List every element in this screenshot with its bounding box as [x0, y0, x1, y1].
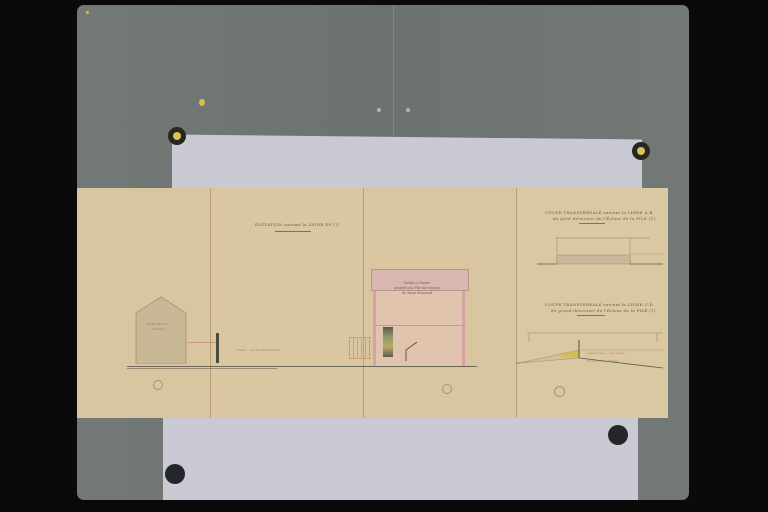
- elevation-ground-line-2: [127, 368, 277, 369]
- black-magnet: [608, 425, 628, 445]
- proposed-flour-mill: Moulin à Farine projeté à la Pile sur te…: [371, 269, 469, 367]
- yellow-fleck: [199, 99, 205, 106]
- old-mill-label: Ancien Moulin: [146, 322, 168, 326]
- title-underline: [579, 223, 605, 224]
- elevation-ground-line: [127, 366, 477, 367]
- fold-line: [210, 188, 211, 418]
- push-pin: [632, 142, 650, 160]
- mill-door: [383, 327, 393, 357]
- mill-label: Moulin à Farine projeté à la Pile sur te…: [381, 281, 453, 296]
- push-pin: [168, 127, 186, 145]
- mill-band: [373, 325, 465, 326]
- title-underline: [275, 231, 311, 232]
- archive-stamp: [554, 386, 565, 397]
- yellow-fleck: [86, 11, 89, 14]
- fold-line: [516, 188, 517, 418]
- section-cd-subtitle: du grand déversoir de l'Écluse de la PIL…: [551, 308, 656, 313]
- section-ab-title: COUPE TRANSVERSALE suivant la LIGNE A.B.: [545, 210, 654, 215]
- sluice-post: [216, 333, 219, 363]
- small-pin: [377, 108, 381, 112]
- red-annotation-line: [187, 342, 217, 343]
- old-mill-building: Ancien Moulin à Tenion: [134, 296, 188, 364]
- fold-line: [363, 188, 364, 418]
- old-mill-label-2: à Tenion: [152, 327, 165, 331]
- title-underline: [577, 315, 605, 316]
- wooden-railing: [349, 337, 371, 359]
- section-ab-subtitle: du petit déversoir de l'Écluse de la PIL…: [553, 216, 655, 221]
- canal-label: Canal ... du moulin de la Pile: [237, 348, 281, 352]
- riverbed-label: Fond du lit ... rivière: [587, 359, 618, 363]
- section-cd-title: COUPE TRANSVERSALE suivant la LIGNE C.D.: [545, 302, 654, 307]
- elevation-title: ÉLÉVATION suivant la LIGNE EF (1): [255, 222, 340, 227]
- water-line-label: Ligne d'eau ... moyenne ...: [587, 351, 627, 355]
- backing-paper-bottom: [163, 413, 638, 500]
- small-pin: [406, 108, 410, 112]
- black-magnet: [165, 464, 185, 484]
- section-ab-profile: [535, 234, 670, 270]
- archive-stamp: [442, 384, 452, 394]
- archive-stamp: [153, 380, 163, 390]
- drawing-sheet: ÉLÉVATION suivant la LIGNE EF (1) Ancien…: [77, 188, 668, 418]
